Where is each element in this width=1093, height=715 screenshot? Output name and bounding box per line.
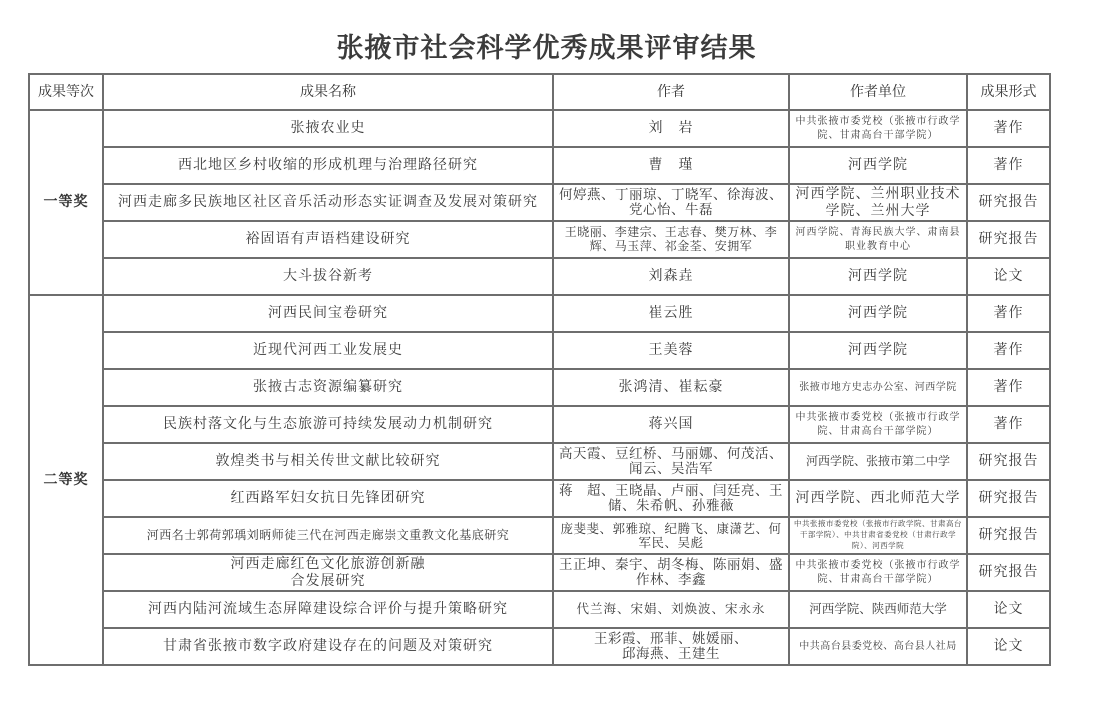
result-form: 著作 [967, 110, 1050, 147]
result-title: 河西民间宝卷研究 [103, 295, 553, 332]
table-row: 民族村落文化与生态旅游可持续发展动力机制研究 蒋兴国 中共张掖市委党校（张掖市行… [29, 406, 1050, 443]
result-unit: 河西学院、陕西师范大学 [789, 591, 967, 628]
result-title: 张掖古志资源编纂研究 [103, 369, 553, 406]
result-unit: 河西学院、西北师范大学 [789, 480, 967, 517]
header-title: 成果名称 [103, 74, 553, 110]
result-title: 张掖农业史 [103, 110, 553, 147]
result-author: 崔云胜 [553, 295, 789, 332]
result-unit: 河西学院 [789, 295, 967, 332]
result-unit: 中共张掖市委党校（张掖市行政学院、甘肃高台干部学院） [789, 110, 967, 147]
table-row: 河西走廊多民族地区社区音乐活动形态实证调查及发展对策研究 何婷燕、丁丽琼、丁晓军… [29, 184, 1050, 221]
result-title: 甘肃省张掖市数字政府建设存在的问题及对策研究 [103, 628, 553, 665]
result-title: 近现代河西工业发展史 [103, 332, 553, 369]
table-row: 红西路军妇女抗日先锋团研究 蒋 超、王晓晶、卢丽、闫廷亮、王储、朱希帆、孙雅薇 … [29, 480, 1050, 517]
result-unit: 河西学院 [789, 332, 967, 369]
header-author: 作者 [553, 74, 789, 110]
table-row: 敦煌类书与相关传世文献比较研究 高天霞、豆红桥、马丽娜、何茂活、闻云、吴浩军 河… [29, 443, 1050, 480]
result-title: 红西路军妇女抗日先锋团研究 [103, 480, 553, 517]
result-unit: 中共高台县委党校、高台县人社局 [789, 628, 967, 665]
result-unit: 河西学院、张掖市第二中学 [789, 443, 967, 480]
award-level-first: 一等奖 [29, 110, 103, 295]
result-author: 高天霞、豆红桥、马丽娜、何茂活、闻云、吴浩军 [553, 443, 789, 480]
result-title: 河西名士郭荷郭瑀刘昞师徒三代在河西走廊崇文重教文化基底研究 [103, 517, 553, 554]
result-form: 论文 [967, 591, 1050, 628]
result-title: 河西走廊多民族地区社区音乐活动形态实证调查及发展对策研究 [103, 184, 553, 221]
result-form: 著作 [967, 332, 1050, 369]
table-row: 裕固语有声语档建设研究 王晓丽、李建宗、王志春、樊万林、李辉、马玉萍、祁金荃、安… [29, 221, 1050, 258]
result-unit: 河西学院 [789, 147, 967, 184]
result-form: 研究报告 [967, 443, 1050, 480]
result-author: 王晓丽、李建宗、王志春、樊万林、李辉、马玉萍、祁金荃、安拥军 [553, 221, 789, 258]
result-unit: 中共张掖市委党校（张掖市行政学院、甘肃高台干部学院）、中共甘肃省委党校（甘肃行政… [789, 517, 967, 554]
result-unit: 河西学院、青海民族大学、肃南县职业教育中心 [789, 221, 967, 258]
result-form: 论文 [967, 258, 1050, 295]
table-header-row: 成果等次 成果名称 作者 作者单位 成果形式 [29, 74, 1050, 110]
table-row: 西北地区乡村收缩的形成机理与治理路径研究 曹 瑾 河西学院 著作 [29, 147, 1050, 184]
result-author: 代兰海、宋娟、刘焕波、宋永永 [553, 591, 789, 628]
result-author: 王彩霞、邢菲、姚媛丽、邱海燕、王建生 [553, 628, 789, 665]
result-title: 敦煌类书与相关传世文献比较研究 [103, 443, 553, 480]
header-level: 成果等次 [29, 74, 103, 110]
table-row: 河西走廊红色文化旅游创新融合发展研究 王正坤、秦宇、胡冬梅、陈丽娟、盛作林、李鑫… [29, 554, 1050, 591]
table-row: 河西名士郭荷郭瑀刘昞师徒三代在河西走廊崇文重教文化基底研究 庞斐斐、郭雅琼、纪腾… [29, 517, 1050, 554]
result-form: 研究报告 [967, 554, 1050, 591]
result-author: 刘森垚 [553, 258, 789, 295]
result-title: 大斗拔谷新考 [103, 258, 553, 295]
table-row: 近现代河西工业发展史 王美蓉 河西学院 著作 [29, 332, 1050, 369]
results-table: 成果等次 成果名称 作者 作者单位 成果形式 一等奖 张掖农业史 刘 岩 中共张… [28, 73, 1051, 666]
table-row: 甘肃省张掖市数字政府建设存在的问题及对策研究 王彩霞、邢菲、姚媛丽、邱海燕、王建… [29, 628, 1050, 665]
header-unit: 作者单位 [789, 74, 967, 110]
result-author: 张鸿清、崔耘豪 [553, 369, 789, 406]
result-form: 著作 [967, 369, 1050, 406]
result-form: 论文 [967, 628, 1050, 665]
result-form: 研究报告 [967, 221, 1050, 258]
result-form: 研究报告 [967, 184, 1050, 221]
table-row: 张掖古志资源编纂研究 张鸿清、崔耘豪 张掖市地方史志办公室、河西学院 著作 [29, 369, 1050, 406]
result-form: 著作 [967, 147, 1050, 184]
result-author: 王正坤、秦宇、胡冬梅、陈丽娟、盛作林、李鑫 [553, 554, 789, 591]
document-title: 张掖市社会科学优秀成果评审结果 [0, 26, 1093, 65]
result-author: 何婷燕、丁丽琼、丁晓军、徐海波、党心怡、牛磊 [553, 184, 789, 221]
result-form: 著作 [967, 295, 1050, 332]
result-author: 蒋兴国 [553, 406, 789, 443]
result-author: 曹 瑾 [553, 147, 789, 184]
result-form: 研究报告 [967, 480, 1050, 517]
result-author: 王美蓉 [553, 332, 789, 369]
table-row: 河西内陆河流域生态屏障建设综合评价与提升策略研究 代兰海、宋娟、刘焕波、宋永永 … [29, 591, 1050, 628]
table-row: 二等奖 河西民间宝卷研究 崔云胜 河西学院 著作 [29, 295, 1050, 332]
table-row: 大斗拔谷新考 刘森垚 河西学院 论文 [29, 258, 1050, 295]
result-author: 庞斐斐、郭雅琼、纪腾飞、康潇艺、何军民、吴彪 [553, 517, 789, 554]
header-form: 成果形式 [967, 74, 1050, 110]
result-title: 河西内陆河流域生态屏障建设综合评价与提升策略研究 [103, 591, 553, 628]
award-level-second: 二等奖 [29, 295, 103, 665]
result-unit: 中共张掖市委党校（张掖市行政学院、甘肃高台干部学院） [789, 406, 967, 443]
result-author: 刘 岩 [553, 110, 789, 147]
result-title: 西北地区乡村收缩的形成机理与治理路径研究 [103, 147, 553, 184]
result-unit: 中共张掖市委党校（张掖市行政学院、甘肃高台干部学院） [789, 554, 967, 591]
result-form: 研究报告 [967, 517, 1050, 554]
result-author: 蒋 超、王晓晶、卢丽、闫廷亮、王储、朱希帆、孙雅薇 [553, 480, 789, 517]
result-unit: 河西学院 [789, 258, 967, 295]
result-title: 民族村落文化与生态旅游可持续发展动力机制研究 [103, 406, 553, 443]
result-title: 裕固语有声语档建设研究 [103, 221, 553, 258]
result-title: 河西走廊红色文化旅游创新融合发展研究 [103, 554, 553, 591]
result-unit: 河西学院、兰州职业技术学院、兰州大学 [789, 184, 967, 221]
result-form: 著作 [967, 406, 1050, 443]
table-row: 一等奖 张掖农业史 刘 岩 中共张掖市委党校（张掖市行政学院、甘肃高台干部学院）… [29, 110, 1050, 147]
result-unit: 张掖市地方史志办公室、河西学院 [789, 369, 967, 406]
